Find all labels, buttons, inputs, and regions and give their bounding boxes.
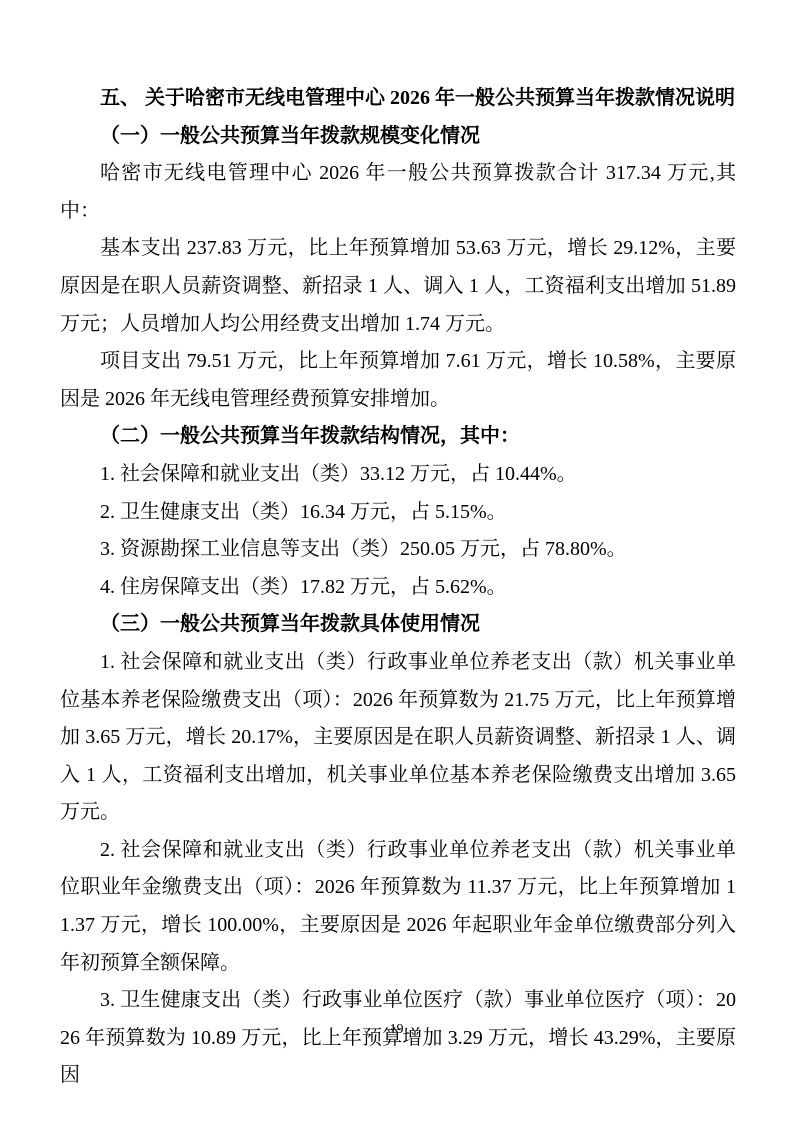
paragraph: 基本支出 237.83 万元，比上年预算增加 53.63 万元，增长 29.12…: [60, 230, 736, 343]
page-footer: 19: [0, 1018, 793, 1042]
paragraph: 项目支出 79.51 万元，比上年预算增加 7.61 万元，增长 10.58%，…: [60, 343, 736, 418]
section-3-heading: （三）一般公共预算当年拨款具体使用情况: [60, 606, 736, 644]
paragraph: 哈密市无线电管理中心 2026 年一般公共预算拨款合计 317.34 万元,其中…: [60, 155, 736, 230]
document-title: 五、 关于哈密市无线电管理中心 2026 年一般公共预算当年拨款情况说明: [60, 80, 736, 118]
list-item: 4. 住房保障支出（类）17.82 万元，占 5.62%。: [60, 569, 736, 607]
list-item: 3. 资源勘探工业信息等支出（类）250.05 万元，占 78.80%。: [60, 531, 736, 569]
document-page: 五、 关于哈密市无线电管理中心 2026 年一般公共预算当年拨款情况说明 （一）…: [0, 0, 793, 1122]
section-2-heading: （二）一般公共预算当年拨款结构情况，其中：: [60, 418, 736, 456]
list-item: 1. 社会保障和就业支出（类）33.12 万元，占 10.44%。: [60, 456, 736, 494]
paragraph: 2. 社会保障和就业支出（类）行政事业单位养老支出（款）机关事业单位职业年金缴费…: [60, 832, 736, 982]
list-item: 2. 卫生健康支出（类）16.34 万元，占 5.15%。: [60, 494, 736, 532]
page-number: 19: [390, 1022, 404, 1037]
paragraph: 1. 社会保障和就业支出（类）行政事业单位养老支出（款）机关事业单位基本养老保险…: [60, 644, 736, 832]
section-1-heading: （一）一般公共预算当年拨款规模变化情况: [60, 118, 736, 156]
